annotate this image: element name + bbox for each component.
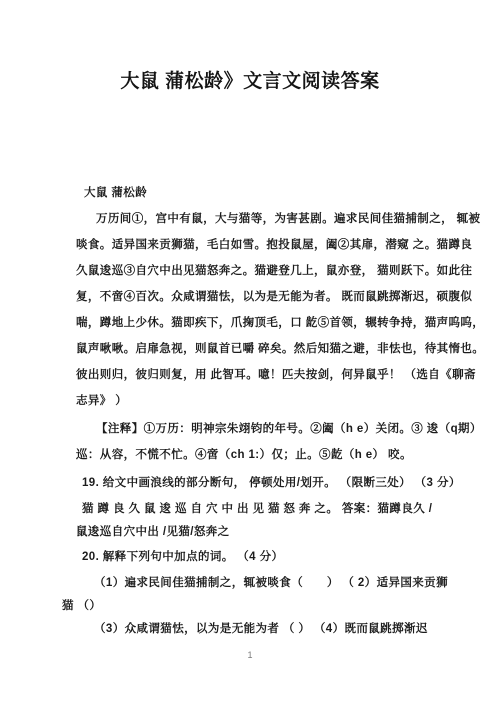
annotation-line: 巡：从容，不慌不忙。④啻（ch 1:）仅；止。⑤龁（h e） 咬。 [62,442,452,468]
article-line: 啖食。适异国来贡狮猫，毛白如雪。抱投鼠屋，阖②其扉，潜窥 之。猫蹲良 [62,232,452,258]
page-number: 1 [0,650,500,660]
annotation-line: 【注释】①万历：明神宗朱翊钧的年号。②阖（h e）关闭。③ 逡（q期） [62,416,452,442]
article-line: 喘，蹲地上少休。猫即疾下，爪掬顶毛，口 龁⑤首领，辗转争持，猫声呜呜， [62,310,452,336]
article-line: 万历间①，宫中有鼠，大与猫等，为害甚剧。遍求民间佳猫捕制之， 辄被 [62,206,452,232]
article-line: 志异》 ） [62,388,452,414]
question-19-prompt: 19. 给文中画浪线的部分断句， 停顿处用/划开。 （限断三处） （3 分） [62,470,452,496]
article-line: 复，不啻④百次。众咸谓猫怯，以为是无能为者。 既而鼠跳掷渐迟，硕腹似 [62,284,452,310]
document-body: 大鼠 蒲松龄 万历间①，宫中有鼠，大与猫等，为害甚剧。遍求民间佳猫捕制之， 辄被… [62,180,452,642]
question-19-sentence: 猫 蹲 良 久 鼠 逡 巡 自 穴 中 出 见 猫 怒 奔 之。 答案：猫蹲良久… [62,496,452,522]
question-20-item-wrap: 猫 （） [62,596,452,616]
article-line: 鼠声啾啾。启扉急视，则鼠首已嚼 碎矣。然后知猫之避，非怯也，待其惰也。 [62,336,452,362]
document-title: 大鼠 蒲松龄》文言文阅读答案 [0,66,500,93]
article-line: 彼出则归，彼归则复，用 此智耳。噫！匹夫按剑，何异鼠乎！ （选自《聊斋 [62,362,452,388]
article-line: 久鼠逡巡③自穴中出见猫怒奔之。猫避登几上，鼠亦登， 猫则跃下。如此往 [62,258,452,284]
question-20-item-3-4: （3）众咸谓猫怯，以为是无能为者 （ ） （4）既而鼠跳掷渐迟 [62,616,452,642]
question-19-answer: 鼠逡巡自穴中出 /见猫/怒奔之 [62,522,452,542]
question-20-item-1-2: （1）遍求民间佳猫捕制之，辄被啖食（ ） （ 2）适异国来贡狮 [62,570,452,596]
question-20-prompt: 20. 解释下列句中加点的词。 （4 分） [62,544,452,570]
article-heading: 大鼠 蒲松龄 [62,180,452,206]
document-page: 大鼠 蒲松龄》文言文阅读答案 大鼠 蒲松龄 万历间①，宫中有鼠，大与猫等，为害甚… [0,0,500,708]
